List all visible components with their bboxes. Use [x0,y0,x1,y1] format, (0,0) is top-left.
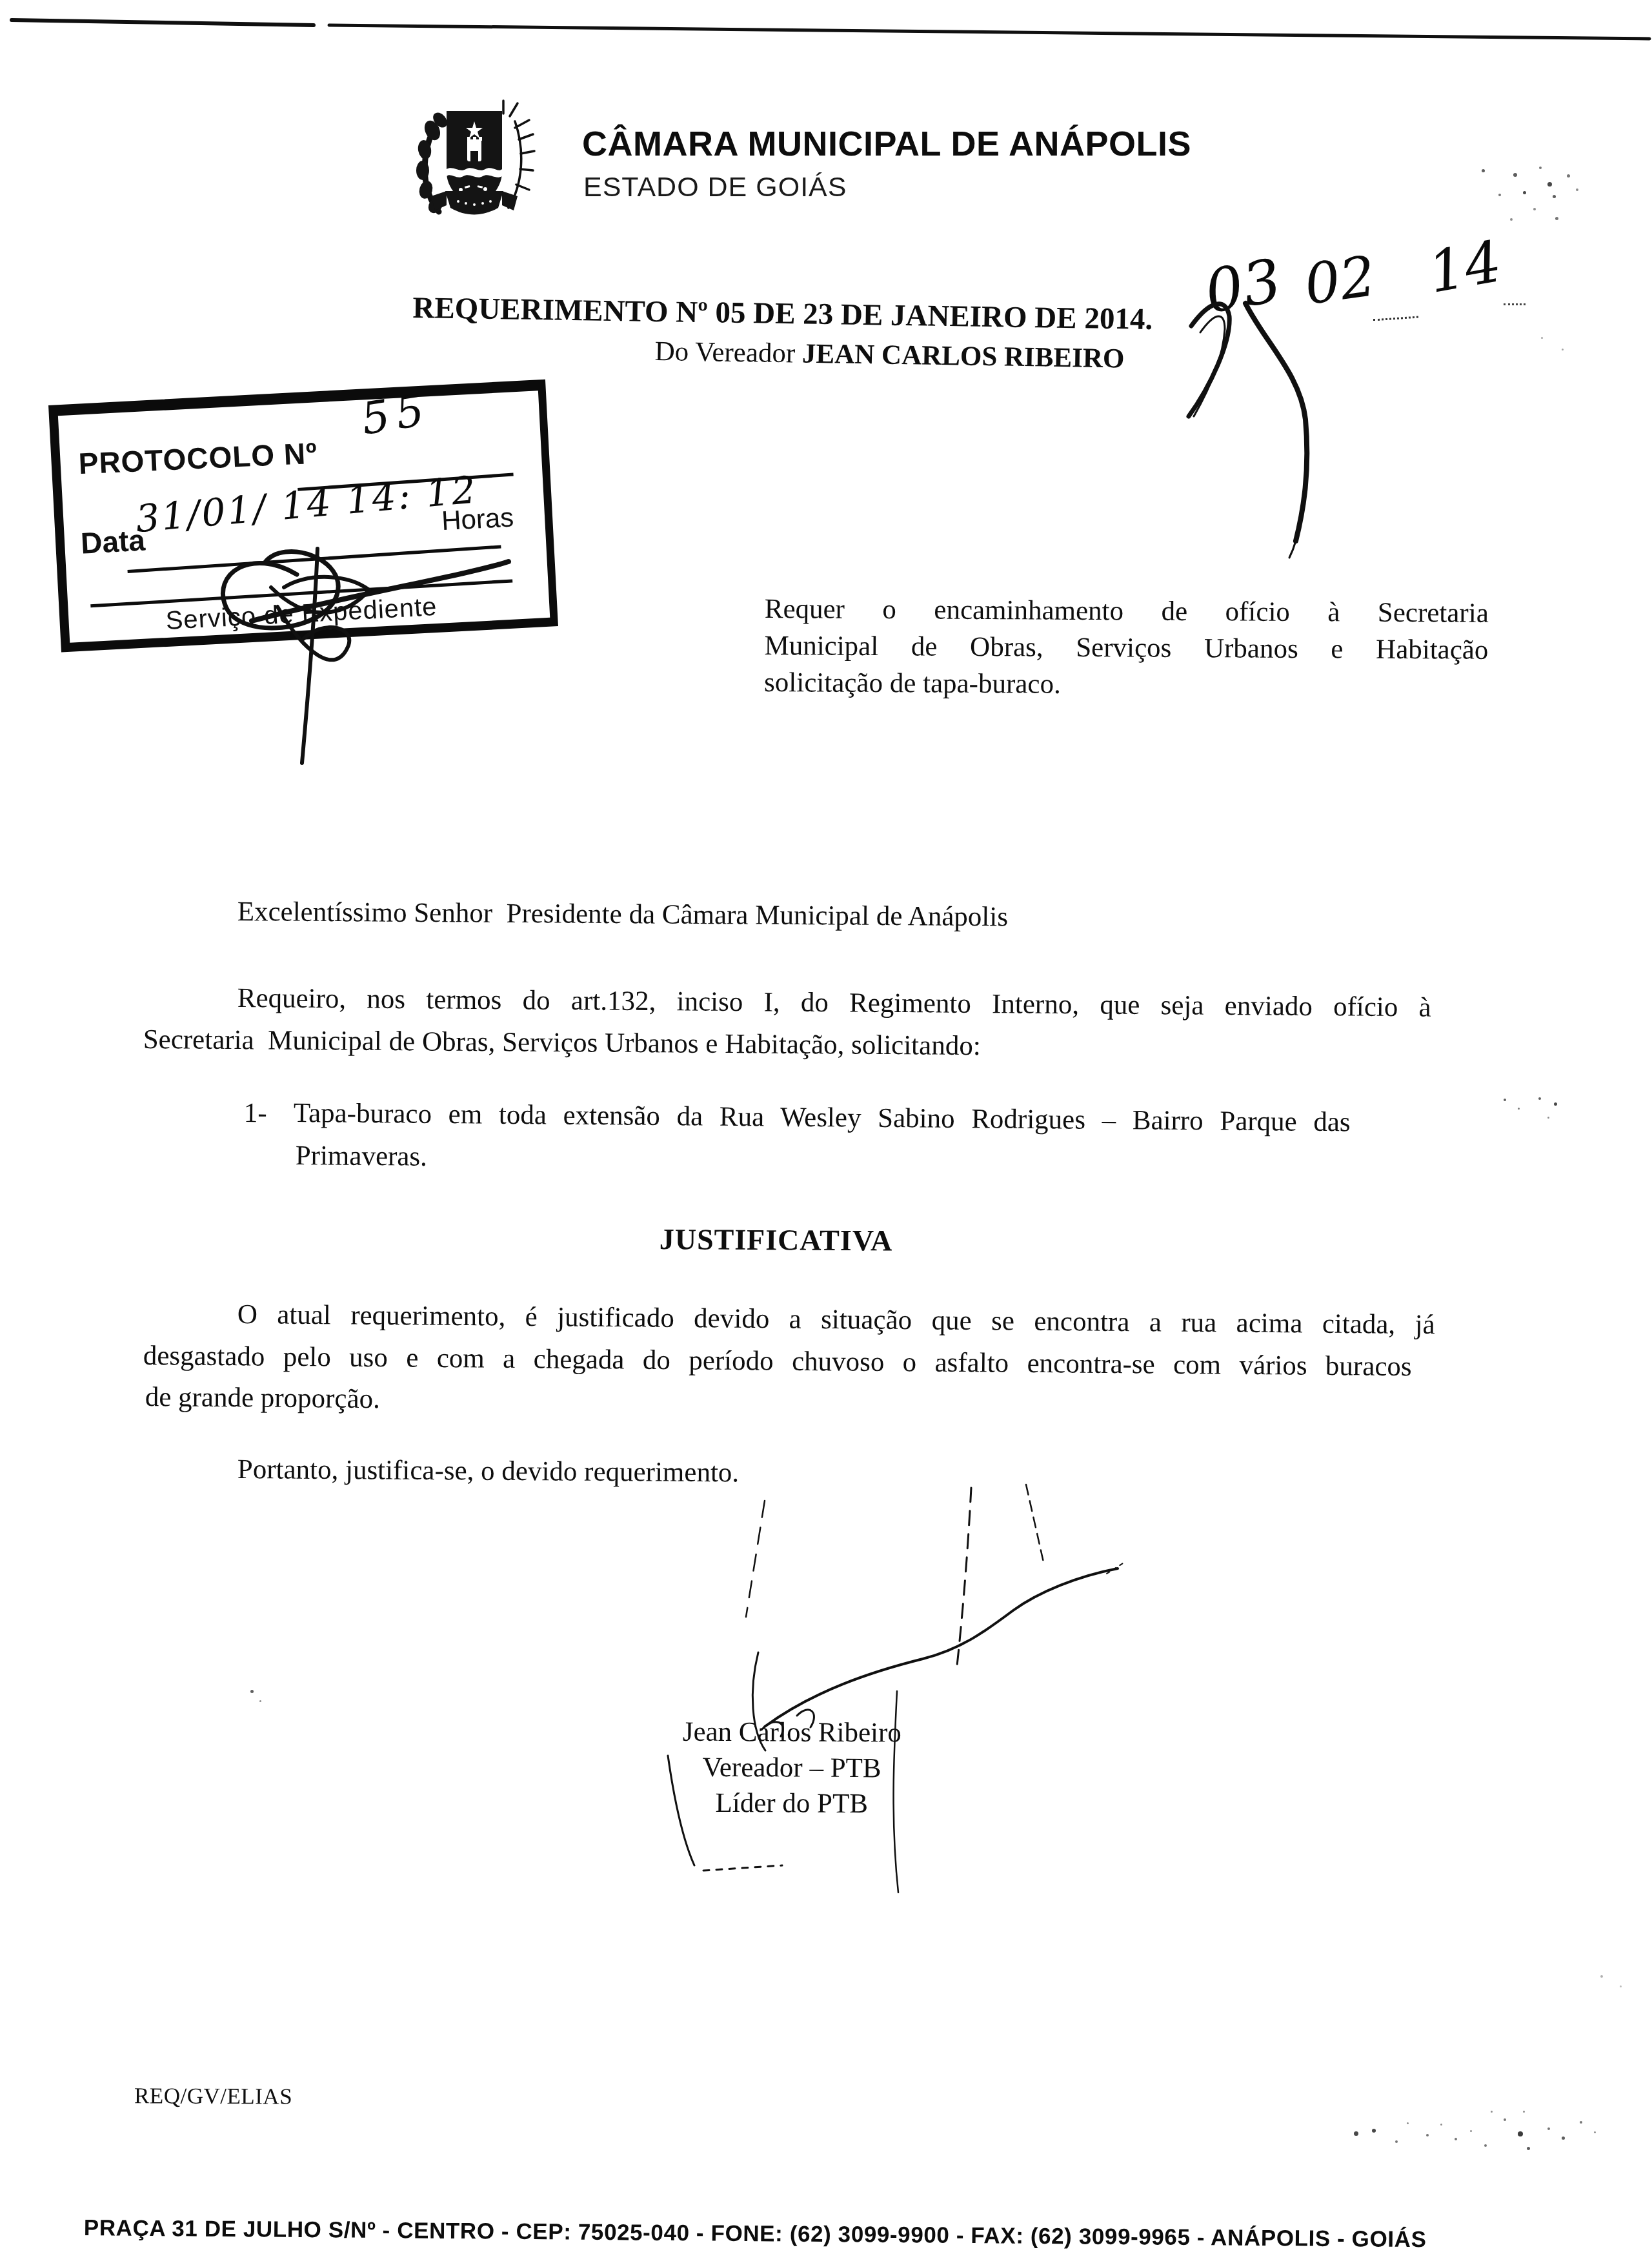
item-number: 1- [244,1097,267,1129]
document-title: REQUERIMENTO Nº 05 DE 23 DE JANEIRO DE 2… [412,290,1153,337]
org-name: CÂMARA MUNICIPAL DE ANÁPOLIS [582,124,1191,164]
justification-line-3: de grande proporção. [145,1381,381,1415]
org-state: ESTADO DE GOIÁS [583,172,847,203]
author-prefix: Do Vereador [654,336,802,369]
salutation: Excelentíssimo Senhor Presidente da Câma… [237,896,1009,933]
handwritten-year: 14 [1424,233,1506,301]
justification-line-2: desgastado pelo uso e com a chegada do p… [143,1340,1412,1383]
pen-dash [1504,303,1526,305]
scanned-document-page: CÂMARA MUNICIPAL DE ANÁPOLIS ESTADO DE G… [0,0,1652,2263]
item-line-1: Tapa-buraco em toda extensão da Rua Wesl… [294,1097,1351,1138]
summary-block: Requer o encaminhamento de ofício à Secr… [764,591,1489,705]
signature-scribble [600,1478,1142,1904]
coat-of-arms-logo [407,94,542,230]
footer-address: PRAÇA 31 DE JULHO S/Nº - CENTRO - CEP: 7… [84,2215,1427,2253]
signer-leader-title: Líder do PTB [599,1785,983,1822]
request-line-2: Secretaria Municipal de Obras, Serviços … [143,1024,981,1062]
document-subtitle: Do Vereador JEAN CARLOS RIBEIRO [654,336,1125,374]
stamp-protocol-label: PROTOCOLO Nº [78,436,318,482]
summary-line: Municipal de Obras, Serviços Urbanos e H… [764,627,1488,669]
justification-heading: JUSTIFICATIVA [660,1222,893,1258]
justification-line-1: O atual requerimento, é justificado devi… [237,1299,1435,1341]
summary-line: solicitação de tapa-buraco. [764,664,1488,705]
signer-role: Vereador – PTB [599,1749,983,1787]
summary-line: Requer o encaminhamento de ofício à Secr… [765,591,1489,632]
stamp-date-value: 31/01/ 14 14: 12 [134,471,479,538]
reference-code: REQ/GV/ELIAS [134,2083,292,2109]
request-line-1: Requeiro, nos termos do art.132, inciso … [237,982,1431,1024]
stamp-protocol-number: 55 [359,388,434,442]
pen-flourish [1149,271,1420,568]
signer-name: Jean Carlos Ribeiro [600,1714,984,1751]
item-line-2: Primaveras. [296,1140,428,1173]
stamp-signature-scribble [155,536,529,775]
stamp-hours-label: Horas [441,502,514,537]
scan-artifact-line [0,0,1652,58]
signature-block: Jean Carlos Ribeiro Vereador – PTB Líder… [599,1714,984,1822]
author-name: JEAN CARLOS RIBEIRO [802,339,1125,374]
